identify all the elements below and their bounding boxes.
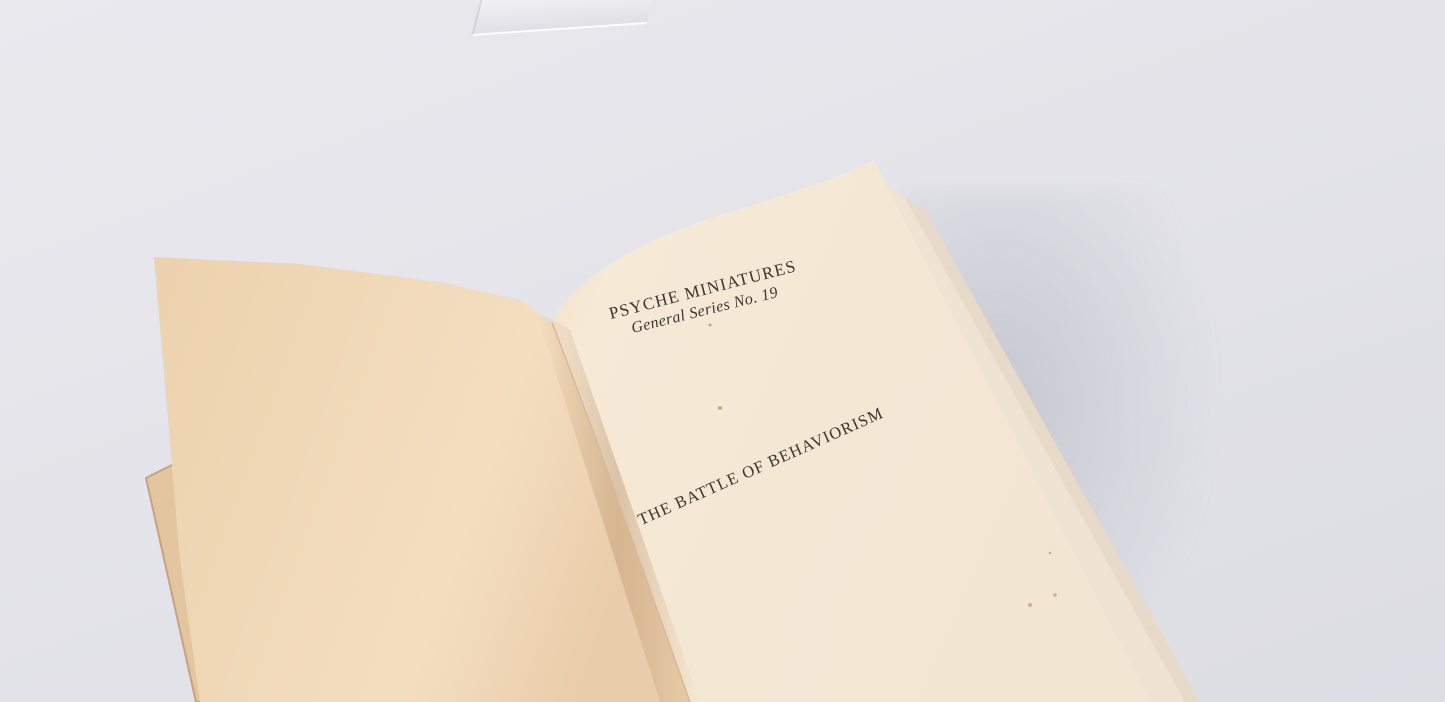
- book-illustration: [0, 0, 1445, 702]
- photo-scene: PSYCHE MINIATURES General Series No. 19 …: [0, 0, 1445, 702]
